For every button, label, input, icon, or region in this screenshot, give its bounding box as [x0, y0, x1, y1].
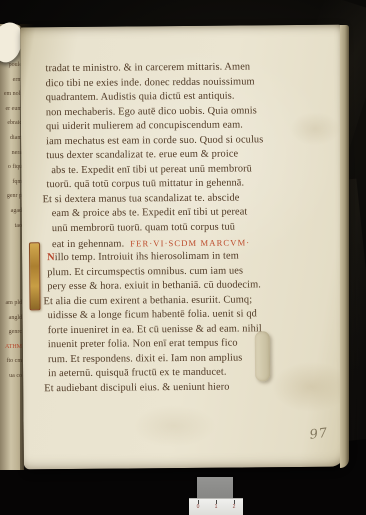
- ruler-unit: 2: [233, 499, 236, 510]
- folio-number: 97: [309, 426, 329, 443]
- text-line: illo temp. Introiuit ihs hierosolimam in…: [55, 251, 239, 264]
- text-fragment-rubric: ATHM: [2, 340, 22, 355]
- scale-gray-square: [197, 477, 233, 499]
- text-fragment: angld: [2, 311, 22, 326]
- text-fragment: genrc: [2, 325, 22, 340]
- text-block: tradat te ministro. & in carcerem mittar…: [45, 60, 310, 397]
- ruler-unit: 0: [197, 499, 200, 510]
- text-fragment: nera: [2, 146, 22, 161]
- manuscript-photo: poule erm em noli er eum ebraic diam ner…: [0, 0, 366, 515]
- text-fragment: agad: [2, 204, 22, 219]
- text-line: eat in gehennam.: [52, 238, 124, 250]
- ruler-number: 2: [233, 504, 236, 510]
- text-fragment: am pld: [2, 296, 22, 311]
- text-fragment: fqm: [2, 175, 22, 190]
- text-fragment: o fiqu: [2, 160, 22, 175]
- parchment-tab: [255, 331, 270, 381]
- decorated-initial-I: I: [29, 242, 41, 310]
- ruler-unit: 1: [215, 499, 218, 510]
- text-fragment: diam: [2, 131, 22, 146]
- text-fragment: poule: [2, 58, 22, 73]
- text-fragment: fto cm: [2, 354, 22, 369]
- facing-page-text-fragments: am pld angld genrc ATHM fto cm ua co: [2, 296, 22, 386]
- red-initial-N: N: [47, 252, 55, 263]
- text-line: Et audiebant discipuli eius. & ueniunt h…: [44, 380, 310, 397]
- text-fragment: ebraic: [2, 116, 22, 131]
- scale-ruler-card: 0 1 2: [189, 498, 243, 515]
- facing-page-text-fragments: poule erm em noli er eum ebraic diam ner…: [2, 58, 22, 234]
- text-fragment: erm: [2, 73, 22, 88]
- book-fore-edge: [340, 25, 349, 468]
- text-fragment: er eum: [2, 102, 22, 117]
- text-fragment: em noli: [2, 87, 22, 102]
- manuscript-page: I tradat te ministro. & in carcerem mitt…: [20, 25, 346, 470]
- ruler-number: 0: [197, 504, 200, 510]
- text-fragment: tao: [2, 219, 22, 234]
- text-fragment: genr p: [2, 189, 22, 204]
- ruler-number: 1: [215, 504, 218, 510]
- rubric-text: FER·VI·SCDM MARCVM·: [130, 237, 250, 248]
- text-fragment: ua co: [2, 369, 22, 384]
